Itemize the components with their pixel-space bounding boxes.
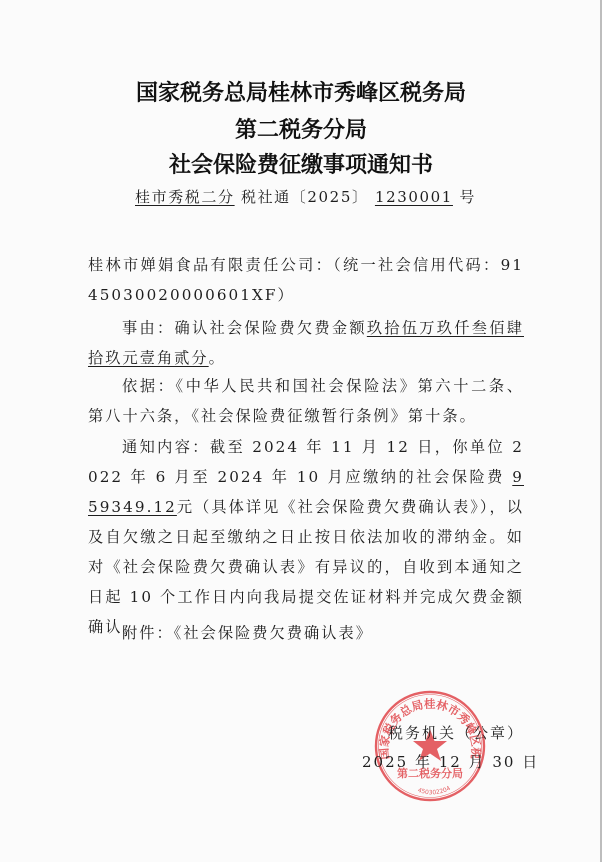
attachment-label: 附件： (122, 624, 174, 642)
notice-text-after: 元（具体详见《社会保险费欠费确认表》），以及自欠缴之日起至缴纳之日止按日依法加收… (88, 498, 524, 636)
credit-code-close: ） (277, 286, 294, 304)
notice-label: 通知内容： (122, 438, 210, 456)
signature-date: 2025 年 12 月 30 日 (362, 751, 539, 772)
attachment-link: 《社会保险费欠费确认表》 (174, 624, 373, 642)
notice-paragraph: 通知内容：截至 2024 年 11 月 12 日，你单位 2022 年 6 月至… (88, 432, 524, 642)
reason-label: 事由： (122, 319, 174, 337)
doc-number-prefix: 桂市秀税二分 (135, 188, 235, 206)
doc-number-middle: 税社通〔2025〕 (241, 188, 369, 206)
document-number: 桂市秀税二分 税社通〔2025〕 1230001 号 (135, 186, 476, 207)
attachment-paragraph: 附件：《社会保险费欠费确认表》 (88, 618, 524, 648)
basis-paragraph: 依据：《中华人民共和国社会保险法》第六十二条、第八十六条，《社会保险费征缴暂行条… (88, 371, 524, 431)
reason-end: 。 (209, 349, 226, 367)
title-line-3: 社会保险费征缴事项通知书 (0, 148, 602, 179)
recipient-paragraph: 桂林市婵娟食品有限责任公司：（统一社会信用代码：9145030020000601… (88, 250, 524, 310)
signature-organization: 税务机关（公章） (388, 722, 524, 743)
basis-label: 依据： (122, 377, 176, 395)
doc-number-serial: 1230001 (375, 188, 453, 206)
recipient-company: 桂林市婵娟食品有限责任公司： (88, 256, 333, 274)
official-seal-icon: 国家税务总局桂林市秀峰区税务局 第二税务分局 450302204 (373, 689, 487, 803)
title-line-2: 第二税务分局 (0, 113, 602, 144)
title-line-1: 国家税务总局桂林市秀峰区税务局 (0, 76, 602, 107)
reason-paragraph: 事由：确认社会保险费欠费金额玖拾伍万玖仟叁佰肆拾玖元壹角贰分。 (88, 313, 524, 373)
doc-number-suffix: 号 (459, 188, 476, 206)
credit-code-label: （统一社会信用代码： (333, 256, 500, 274)
reason-text: 确认社会保险费欠费金额 (174, 319, 366, 337)
